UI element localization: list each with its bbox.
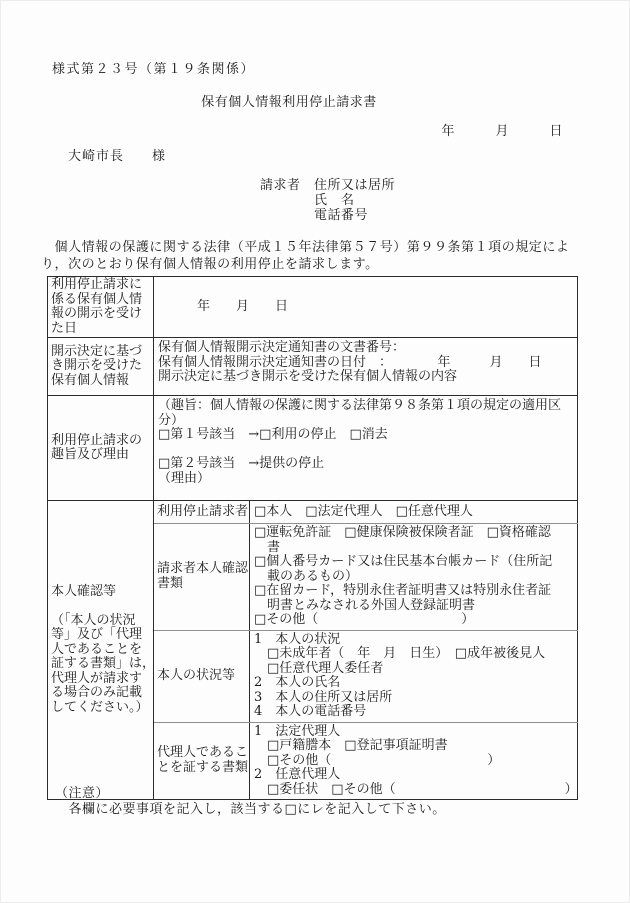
row4a-value-checkboxes: □本人 □法定代理人 □任意代理人 (250, 501, 578, 524)
row4b-value-checkboxes: □運転免許証 □健康保険被保険者証 □資格確認 書 □個人番号カード又は住民基本… (250, 524, 578, 631)
table-row-disclosure-date: 利用停止請求に 係る保有個人情 報の開示を受け た日 年 月 日 (48, 277, 578, 338)
row4c-sublabel: 本人の状況等 (154, 630, 250, 722)
form-table: 利用停止請求に 係る保有個人情 報の開示を受け た日 年 月 日 開示決定に基づ… (47, 276, 578, 800)
table-row-purpose-reason: 利用停止請求の 趣旨及び理由 （趣旨：個人情報の保護に関する法律第９８条第１項の… (48, 396, 578, 501)
intro-paragraph: 個人情報の保護に関する法律（平成１５年法律第５７号）第９９条第１項の規定によ り… (41, 239, 569, 273)
row2-label: 開示決定に基づ き開示を受けた 保有個人情報 (48, 338, 154, 396)
requester-block: 請求者 住所又は居所 氏 名 電話番号 (260, 178, 395, 223)
table-row-disclosed-info: 開示決定に基づ き開示を受けた 保有個人情報 保有個人情報開示決定通知書の文書番… (48, 338, 578, 396)
row1-label: 利用停止請求に 係る保有個人情 報の開示を受け た日 (48, 277, 154, 338)
addressee-line: 大崎市長 様 (68, 145, 166, 164)
row4-label-identity-confirmation: 本人確認等 （「本人の状況 等」及び「代理 人であることを 証する書類」は， 代… (48, 501, 154, 800)
row2-value-notice-fields: 保有個人情報開示決定通知書の文書番号： 保有個人情報開示決定通知書の日付 ： 年… (154, 338, 578, 396)
row4c-value-checkboxes: 1 本人の状況 □未成年者（ 年 月 日生） □成年被後見人 □任意代理人委任者… (250, 630, 578, 722)
document-page: 様式第２３号（第１９条関係） 保有個人情報利用停止請求書 年 月 日 大崎市長 … (0, 0, 630, 903)
notes-block: （注意） 各欄に必要事項を記入し，該当する□にレを記入して下さい。 (55, 786, 446, 818)
row4a-sublabel: 利用停止請求者 (154, 501, 250, 524)
row3-value-purpose-checkboxes: （趣旨：個人情報の保護に関する法律第９８条第１項の規定の適用区 分） □第１号該… (154, 396, 578, 501)
table-row-requester-type: 本人確認等 （「本人の状況 等」及び「代理 人であることを 証する書類」は， 代… (48, 501, 578, 524)
row4b-sublabel: 請求者本人確認 書類 (154, 524, 250, 631)
page-title: 保有個人情報利用停止請求書 (0, 91, 578, 110)
row1-value-date-field: 年 月 日 (154, 277, 578, 338)
form-number: 様式第２３号（第１９条関係） (52, 58, 255, 77)
row3-label: 利用停止請求の 趣旨及び理由 (48, 396, 154, 501)
date-line: 年 月 日 (441, 120, 563, 139)
